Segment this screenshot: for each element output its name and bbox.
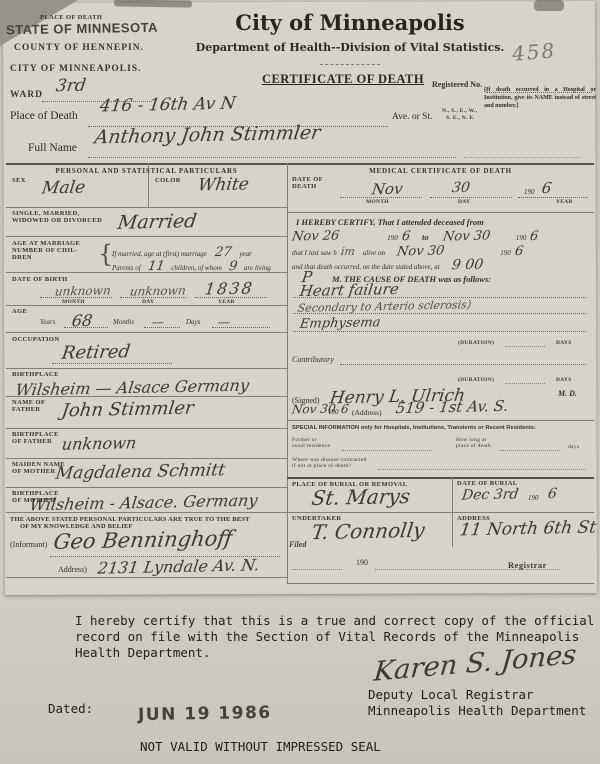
age-years-label: Years	[40, 318, 55, 326]
death-year-handwritten: 6	[541, 179, 553, 197]
left-column-bottom-border	[6, 577, 287, 578]
signed-address-handwritten: 519 - 1st Av. S.	[395, 397, 510, 417]
contributory-label: Contributory	[292, 355, 334, 364]
to-year-handwritten: 6	[529, 229, 539, 244]
father-value-handwritten: John Stimmler	[60, 398, 195, 422]
birth-month-line	[40, 297, 112, 298]
children-pre: Parents of	[112, 264, 141, 272]
undertaker-address-handwritten: 11 North 6th St	[458, 518, 597, 541]
death-day-handwritten: 30	[451, 180, 471, 196]
former-residence-rule	[342, 450, 432, 451]
dated-label: Dated:	[48, 700, 93, 718]
occupation-value-handwritten: Retired	[60, 341, 131, 363]
how-long-rule	[500, 450, 560, 451]
age-label: AGE	[12, 308, 27, 316]
age-months-line	[144, 327, 180, 328]
birth-month-sublabel: MONTH	[62, 299, 85, 306]
children-line: Parents of 11 children, of whom 9 are li…	[112, 257, 271, 275]
father-label-line2: FATHER	[12, 406, 41, 414]
row-border	[6, 428, 287, 429]
directions-line2: S. E., N. E.	[446, 115, 475, 122]
sex-label: SEX	[12, 177, 26, 185]
children-post: are living	[244, 264, 271, 272]
birth-year-line	[195, 297, 267, 298]
burial-place-handwritten: St. Marys	[310, 484, 412, 510]
row-border	[6, 332, 287, 333]
md-label: M. D.	[558, 389, 577, 398]
filed-rule1	[292, 569, 342, 570]
special-info-title: SPECIAL INFORMATION only for Hospitals, …	[292, 425, 590, 431]
seen-year-printed: 190	[500, 249, 511, 257]
duration-label: (DURATION)	[458, 340, 494, 347]
father-birthplace-value-handwritten: unknown	[61, 433, 138, 454]
scan-smudge	[534, 0, 564, 11]
certificate-title: CERTIFICATE OF DEATH	[248, 72, 438, 87]
county-label: COUNTY OF HENNEPIN.	[14, 43, 144, 53]
age-days-line	[212, 327, 270, 328]
death-certificate-scan: PLACE OF DEATH STATE OF MINNESOTA COUNTY…	[0, 0, 600, 764]
row-border	[6, 487, 287, 488]
row-border	[6, 236, 287, 237]
center-divider	[287, 163, 288, 583]
scan-smudge	[114, 0, 192, 8]
ave-or-st-label: Ave. or St.	[392, 112, 432, 122]
days-label: DAYS	[556, 340, 572, 347]
full-name-line2	[464, 157, 580, 158]
color-label: COLOR	[155, 177, 181, 185]
death-year-printed: 190	[524, 188, 535, 196]
cause-line3-handwritten: Emphysema	[299, 315, 382, 332]
medical-section-title: MEDICAL CERTIFICATE OF DEATH	[287, 167, 594, 175]
father-birthplace-label-line2: OF FATHER	[12, 438, 52, 446]
filed-year-printed: 190	[356, 558, 368, 567]
death-month-sublabel: MONTH	[366, 199, 389, 206]
date-of-birth-label: DATE OF BIRTH	[12, 276, 68, 284]
children-mid: children, of whom	[171, 264, 222, 272]
informant-label: (Informant)	[10, 540, 47, 549]
hospital-note: [If death occurred in a Hospital or Inst…	[484, 86, 596, 110]
birth-day-sublabel: DAY	[142, 299, 154, 306]
footer-cert-line3: Health Department.	[75, 644, 210, 662]
sex-value-handwritten: Male	[41, 178, 87, 199]
mother-label-line2: OF MOTHER	[12, 468, 56, 476]
date-stamp: JUN 19 1986	[138, 703, 272, 725]
registrar-label: Registrar	[508, 560, 547, 570]
signed-year-handwritten: 6	[340, 402, 350, 416]
burial-year-printed: 190	[528, 494, 539, 502]
how-long-line2: place of death	[456, 443, 491, 450]
contributory-duration-line	[505, 383, 545, 384]
seal-note: NOT VALID WITHOUT IMPRESSED SEAL	[140, 738, 381, 756]
to-year-printed: 190	[516, 234, 527, 242]
occupation-line	[52, 363, 172, 364]
registrar-signature-handwritten: Karen S. Jones	[372, 639, 577, 687]
columns-top-border	[6, 163, 594, 165]
contributory-line	[340, 364, 586, 365]
birth-year-handwritten: 1838	[204, 278, 255, 298]
marriage-label-line3: DREN	[12, 254, 32, 262]
mother-value-handwritten: Magdalena Schmitt	[54, 460, 226, 484]
occupation-label: OCCUPATION	[12, 336, 59, 344]
age-years-line	[64, 327, 108, 328]
children-living-handwritten: 9	[228, 259, 238, 274]
informant-signature-handwritten: Geo Benninghoff	[52, 526, 234, 554]
state-label: STATE OF MINNESOTA	[6, 20, 158, 38]
informant-address-label: Address)	[58, 565, 87, 574]
place-of-death-value-handwritten: 416 - 16th Av N	[98, 94, 236, 117]
birth-year-sublabel: YEAR	[218, 299, 235, 306]
ward-label: WARD	[10, 90, 43, 100]
brace-glyph: {	[98, 240, 113, 268]
birth-day-line	[120, 297, 186, 298]
death-day-line	[430, 197, 512, 198]
birthplace-label: BIRTHPLACE	[12, 371, 59, 379]
row-border	[287, 512, 594, 513]
city-label: CITY OF MINNEAPOLIS.	[10, 64, 141, 74]
burial-date-handwritten: Dec 3rd	[461, 486, 520, 503]
marital-value-handwritten: Married	[116, 210, 198, 234]
contributory-duration-label: (DURATION)	[458, 377, 494, 384]
undertaker-handwritten: T. Connolly	[310, 518, 426, 544]
row-border	[287, 420, 594, 421]
right-column-bottom-border	[287, 583, 594, 584]
row-border	[6, 207, 287, 208]
signed-address-label: (Address)	[352, 408, 382, 417]
age-months-label: Months	[113, 318, 134, 326]
where-contracted-rule	[378, 469, 586, 470]
registered-no-value-handwritten: 458	[511, 38, 557, 66]
row-border	[6, 368, 287, 369]
contributory-days-label: DAYS	[556, 377, 572, 384]
death-year-line	[518, 197, 588, 198]
certify-line1: I HEREBY CERTIFY, That I attended deceas…	[296, 217, 484, 227]
department-subtitle: Department of Health--Division of Vital …	[175, 41, 525, 54]
burial-top-border	[287, 477, 594, 479]
page-title: City of Minneapolis	[205, 10, 495, 35]
to-label: to	[422, 232, 429, 242]
death-month-handwritten: Nov	[371, 180, 404, 199]
date-of-death-label-line2: DEATH	[292, 183, 317, 191]
registered-no-label: Registered No.	[432, 80, 482, 89]
decorative-dash	[320, 64, 380, 65]
signed-year-printed: 190	[328, 408, 339, 416]
color-value-handwritten: White	[197, 174, 251, 195]
death-year-sublabel: YEAR	[556, 199, 573, 206]
where-contracted-line2: if not at place of death?	[292, 463, 351, 470]
age-days-label: Days	[186, 318, 200, 326]
former-residence-line2: usual residence	[292, 443, 330, 450]
cause-line2-rule	[293, 313, 586, 314]
from-year-printed: 190	[387, 234, 398, 242]
special-days-label: days	[568, 444, 579, 451]
place-of-death-label: Place of Death	[10, 110, 78, 122]
filed-label: Filed	[289, 540, 306, 549]
row-border	[287, 212, 594, 213]
marital-label-line2: WIDOWED OR DIVORCED	[12, 217, 102, 225]
death-month-line	[340, 197, 422, 198]
cause-line1-rule	[293, 297, 586, 298]
full-name-line	[88, 157, 456, 158]
full-name-label: Full Name	[28, 142, 77, 154]
registrar-title-line2: Minneapolis Health Department	[368, 702, 586, 720]
seen-year-handwritten: 6	[514, 244, 524, 259]
death-day-sublabel: DAY	[458, 199, 470, 206]
children-total-handwritten: 11	[147, 259, 166, 274]
ward-value-handwritten: 3rd	[55, 76, 88, 97]
row-border	[6, 458, 287, 459]
informant-address-handwritten: 2131 Lyndale Av. N.	[96, 555, 260, 577]
cause-line3-rule	[293, 331, 586, 332]
duration-line	[505, 346, 545, 347]
